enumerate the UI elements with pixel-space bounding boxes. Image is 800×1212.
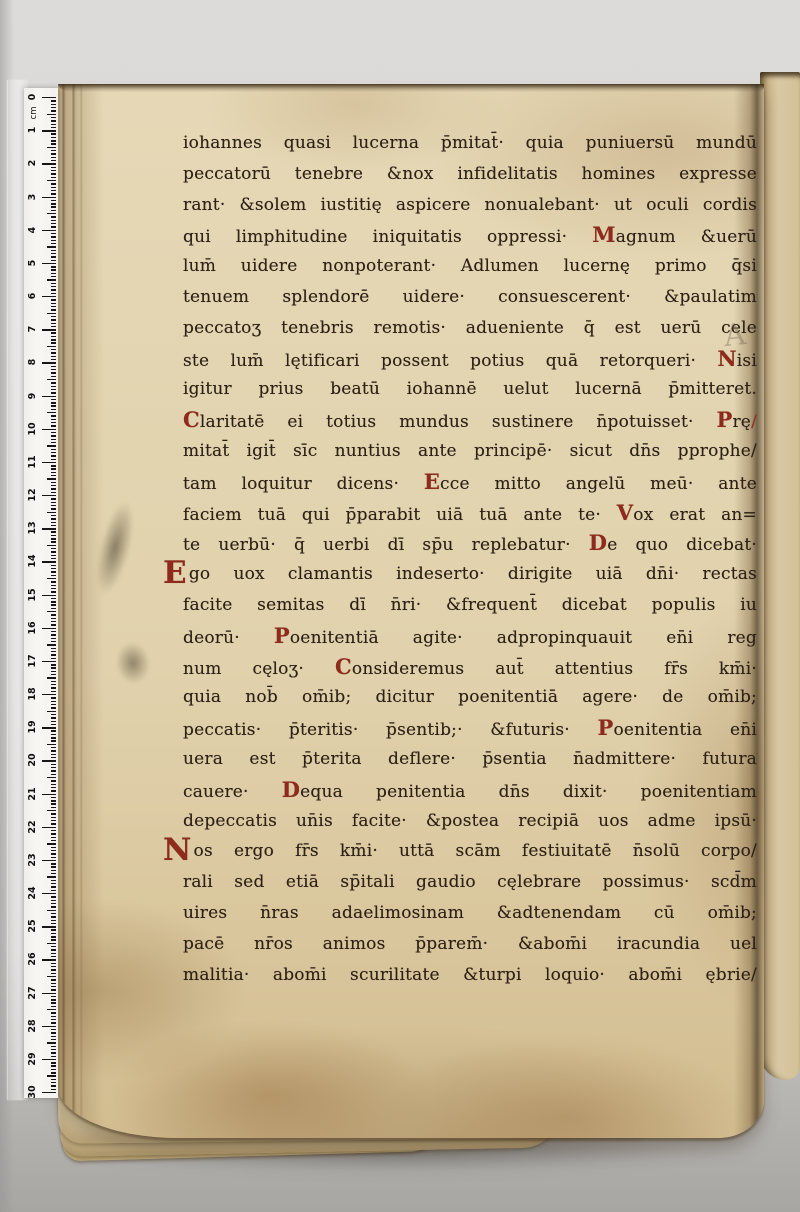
text-segment: P [716, 407, 732, 432]
ruler-number: 29 [28, 1052, 38, 1066]
manuscript-line: igitur prius beatū iohannē uelut lucernā… [183, 374, 757, 405]
ruler-tick [51, 900, 56, 901]
ruler-tick [51, 273, 56, 274]
ruler-number: 23 [28, 853, 38, 867]
manuscript-line: peccatis· p̄teritis· p̄sentib;· &futuris… [183, 713, 757, 744]
ruler-tick [51, 558, 56, 559]
ruler-tick [51, 1029, 56, 1030]
ruler-tick [51, 468, 56, 469]
ruler-tick [51, 502, 56, 503]
ruler-tick [51, 293, 56, 294]
ruler-tick [42, 97, 56, 98]
ruler-tick [42, 1059, 56, 1060]
ruler-tick [51, 459, 56, 460]
ruler-tick [51, 986, 56, 987]
text-segment: tenuem splendorē uidere· consuescerent· … [183, 287, 757, 307]
ruler-tick [47, 1075, 56, 1076]
text-segment: cauere· [183, 782, 282, 802]
ruler-tick [51, 488, 56, 489]
text-block: iohannes quasi lucerna p̄mitat̄· quia pu… [183, 128, 757, 990]
ruler-tick [51, 356, 56, 357]
ruler-tick [51, 638, 56, 639]
ruler-tick [51, 850, 56, 851]
ruler-tick [51, 137, 56, 138]
ruler-tick [51, 269, 56, 270]
ruler-tick [42, 130, 56, 131]
ruler-tick [51, 339, 56, 340]
ruler-tick [51, 701, 56, 702]
ruler-tick [51, 614, 56, 615]
ruler-tick [51, 833, 56, 834]
ruler-tick [51, 983, 56, 984]
manuscript-line: Nos ergo fr̄s km̄i· uttā scām festiuitat… [183, 836, 757, 867]
ruler-tick [51, 784, 56, 785]
text-segment: pacē nr̄os animos p̄parem̄· &abom̄i irac… [183, 934, 757, 954]
text-segment: rali sed etiā sp̄itali gaudio cęlebrare … [183, 872, 757, 892]
ruler-number: 12 [28, 488, 38, 502]
ruler-tick [51, 1082, 56, 1083]
text-segment: quia nob̄ om̄ib; dicitur poenitentiā age… [183, 687, 757, 707]
ruler-tick [51, 906, 56, 907]
ruler-tick [51, 853, 56, 854]
ruler-tick [51, 439, 56, 440]
ruler-tick [51, 419, 56, 420]
ruler-tick [51, 492, 56, 493]
text-segment: ox erat an= [633, 505, 757, 525]
ruler-tick [51, 800, 56, 801]
ruler-tick [51, 422, 56, 423]
text-segment: qui limphitudine iniquitatis oppressi· [183, 227, 592, 247]
ruler-tick [51, 177, 56, 178]
ruler-tick [51, 376, 56, 377]
ruler-tick [51, 813, 56, 814]
manuscript-line: iohannes quasi lucerna p̄mitat̄· quia pu… [183, 128, 757, 159]
text-segment: e quo dicebat· [607, 535, 757, 555]
text-segment: E [424, 469, 440, 494]
ruler-tick [51, 409, 56, 410]
manuscript-line: pacē nr̄os animos p̄parem̄· &abom̄i irac… [183, 929, 757, 960]
ruler-tick [51, 482, 56, 483]
ruler-tick [51, 618, 56, 619]
ruler-tick [51, 170, 56, 171]
ruler-tick [51, 608, 56, 609]
ruler-tick [42, 495, 56, 496]
manuscript-line: te uerbū· q̄ uerbi dī sp̄u replebatur· D… [183, 528, 757, 559]
ruler-tick [51, 684, 56, 685]
ruler-tick [51, 631, 56, 632]
ruler-tick [47, 611, 56, 612]
ruler-tick [47, 943, 56, 944]
ruler-tick [51, 757, 56, 758]
ruler-tick [51, 790, 56, 791]
ruler-tick [51, 1012, 56, 1013]
ruler-tick [42, 561, 56, 562]
ruler-tick [51, 200, 56, 201]
ruler-tick [42, 860, 56, 861]
ruler-tick [51, 160, 56, 161]
ruler-tick [51, 1002, 56, 1003]
ruler-tick [51, 1052, 56, 1053]
manuscript-page: iohannes quasi lucerna p̄mitat̄· quia pu… [58, 84, 764, 1138]
text-segment: num cęloʒ· [183, 659, 335, 679]
ruler-number: 8 [28, 355, 38, 369]
ruler-tick [51, 216, 56, 217]
ruler-tick [51, 386, 56, 387]
ruler-tick [51, 449, 56, 450]
ruler-tick [51, 973, 56, 974]
ruler-tick [51, 664, 56, 665]
ruler-tick [51, 807, 56, 808]
ruler-tick [51, 541, 56, 542]
ruler-tick [51, 920, 56, 921]
ruler-tick [51, 475, 56, 476]
ruler-tick [51, 866, 56, 867]
ruler-tick [51, 1079, 56, 1080]
ruler-tick [51, 366, 56, 367]
ruler-number: 6 [28, 289, 38, 303]
ruler-tick [51, 1062, 56, 1063]
ruler-tick [51, 133, 56, 134]
ruler-number: 5 [28, 256, 38, 270]
ruler-tick [47, 213, 56, 214]
ruler-tick [51, 648, 56, 649]
ruler-tick [51, 737, 56, 738]
ruler-tick [51, 989, 56, 990]
manuscript-line: depeccatis un̄is facite· &postea recipiā… [183, 806, 757, 837]
ruler-tick [51, 183, 56, 184]
ruler-tick [51, 525, 56, 526]
text-segment: peccatis· p̄teritis· p̄sentib;· &futuris… [183, 720, 597, 740]
ruler-tick [51, 276, 56, 277]
ruler-tick [51, 402, 56, 403]
text-segment: iohannes quasi lucerna p̄mitat̄· quia pu… [183, 133, 757, 153]
ruler-tick [47, 843, 56, 844]
facing-page-edge [760, 72, 800, 1080]
ruler-tick [51, 392, 56, 393]
ruler-tick [51, 949, 56, 950]
ruler-tick [51, 442, 56, 443]
ruler-tick [51, 588, 56, 589]
ruler-tick [51, 823, 56, 824]
text-segment: oenitentiā agite· adpropinquauit en̄i re… [290, 628, 757, 648]
text-segment: agnum &uerū [616, 227, 757, 247]
ruler-tick [51, 1036, 56, 1037]
ruler-tick [51, 226, 56, 227]
ruler-tick [51, 730, 56, 731]
ruler-tick [51, 349, 56, 350]
text-segment: faciem tuā qui p̄parabit uiā tuā ante te… [183, 505, 617, 525]
ruler-tick [47, 412, 56, 413]
text-segment: onsideremus aut̄ attentius fr̄s km̄i· [352, 659, 757, 679]
ruler-tick [51, 206, 56, 207]
text-segment: D [589, 530, 607, 555]
ruler-tick [51, 306, 56, 307]
ruler-tick [51, 352, 56, 353]
ruler-tick [42, 163, 56, 164]
ruler-number: 19 [28, 720, 38, 734]
ruler-tick [51, 936, 56, 937]
text-segment: rę [732, 412, 751, 432]
ruler-tick [51, 754, 56, 755]
ruler-number: 13 [28, 521, 38, 535]
ruler-number: 7 [28, 322, 38, 336]
ruler-tick [51, 956, 56, 957]
text-segment: uires n̄ras adaelimosinam &adtenendam cū… [183, 903, 757, 923]
ruler-tick [51, 667, 56, 668]
ruler-tick [42, 661, 56, 662]
manuscript-line: mitat̄ igit̄ sīc nuntius ante principē· … [183, 436, 757, 467]
ruler-tick [51, 840, 56, 841]
ruler-tick [47, 744, 56, 745]
text-segment: / [751, 412, 757, 432]
ruler-tick [51, 601, 56, 602]
ruler-tick [51, 658, 56, 659]
ruler-tick [51, 880, 56, 881]
ruler-tick [47, 346, 56, 347]
ruler-tick [51, 283, 56, 284]
ruler-tick [51, 435, 56, 436]
ruler-tick [51, 342, 56, 343]
ruler-tick [51, 916, 56, 917]
ruler-tick [42, 528, 56, 529]
ruler-tick [47, 777, 56, 778]
ruler-tick [51, 415, 56, 416]
ruler-tick [51, 604, 56, 605]
ruler-tick [51, 714, 56, 715]
ruler-tick [51, 651, 56, 652]
text-segment: tam loquitur dicens· [183, 474, 424, 494]
ruler-tick [51, 634, 56, 635]
ruler-tick [51, 405, 56, 406]
ruler-tick [51, 120, 56, 121]
text-segment: mitat̄ igit̄ sīc nuntius ante principē· … [183, 441, 757, 461]
ruler-tick [42, 595, 56, 596]
ruler-number: 16 [28, 621, 38, 635]
ruler-number: 2 [28, 156, 38, 170]
digitized-folio-photo: iohannes quasi lucerna p̄mitat̄· quia pu… [0, 0, 800, 1212]
ruler-tick [51, 687, 56, 688]
ruler-tick [47, 313, 56, 314]
ruler-tick [51, 939, 56, 940]
ruler-tick [51, 933, 56, 934]
text-segment: igitur prius beatū iohannē uelut lucernā… [183, 379, 757, 399]
ruler-tick [51, 671, 56, 672]
ruler-tick [51, 372, 56, 373]
ruler-tick [51, 598, 56, 599]
ruler-tick [51, 382, 56, 383]
ruler-tick [51, 1069, 56, 1070]
ruler-tick [51, 1085, 56, 1086]
ruler-tick [51, 870, 56, 871]
ruler-tick [51, 780, 56, 781]
ruler-tick [51, 323, 56, 324]
text-segment: peccatorū tenebre &nox infidelitatis hom… [183, 164, 757, 184]
ruler-number: 10 [28, 422, 38, 436]
ruler-tick [47, 379, 56, 380]
ruler-tick [42, 1026, 56, 1027]
ruler-tick [51, 153, 56, 154]
ruler-tick [51, 1072, 56, 1073]
text-segment: deorū· [183, 628, 274, 648]
ruler-tick [51, 624, 56, 625]
ruler-tick [51, 150, 56, 151]
ruler-tick [51, 1019, 56, 1020]
ruler-tick [51, 903, 56, 904]
ruler-tick [51, 369, 56, 370]
ruler-tick [51, 240, 56, 241]
ruler-tick [51, 747, 56, 748]
ruler-tick [51, 999, 56, 1000]
text-segment: P [597, 715, 613, 740]
ruler-tick [51, 173, 56, 174]
ruler-tick [51, 1022, 56, 1023]
ruler-tick [51, 1089, 56, 1090]
ruler-tick [51, 143, 56, 144]
ruler-tick [51, 167, 56, 168]
manuscript-line: Ego uox clamantis indeserto· dirigite ui… [183, 559, 757, 590]
ruler-tick [47, 677, 56, 678]
ruler-tick [51, 681, 56, 682]
ruler-tick [47, 644, 56, 645]
ruler-tick [51, 299, 56, 300]
ruler-tick [51, 641, 56, 642]
ruler-tick [51, 110, 56, 111]
text-segment: malitia· abom̄i scurilitate &turpi loqui… [183, 965, 757, 985]
ruler-tick [51, 187, 56, 188]
ruler-tick [47, 910, 56, 911]
ruler-tick [51, 969, 56, 970]
ruler-tick [51, 236, 56, 237]
ruler-tick [51, 250, 56, 251]
ruler-tick [51, 571, 56, 572]
text-segment: go uox clamantis indeserto· dirigite uiā… [189, 564, 757, 584]
ruler-tick [51, 1032, 56, 1033]
ruler-tick [47, 1009, 56, 1010]
ruler-tick [42, 628, 56, 629]
ruler-tick [51, 472, 56, 473]
ruler-tick [42, 329, 56, 330]
ruler-number: 25 [28, 919, 38, 933]
ruler-tick [51, 621, 56, 622]
ruler-tick [47, 478, 56, 479]
manuscript-line: peccatoʒ tenebris remotis· adueniente q̄… [183, 313, 757, 344]
ruler-tick [51, 399, 56, 400]
ruler-tick [47, 246, 56, 247]
ruler-tick [51, 883, 56, 884]
ruler-tick [51, 724, 56, 725]
ruler-tick [51, 896, 56, 897]
ruler-tick [51, 568, 56, 569]
manuscript-line: facite semitas dī n̄ri· &frequent̄ diceb… [183, 590, 757, 621]
manuscript-line: cauere· Dequa penitentia dn̄s dixit· poe… [183, 775, 757, 806]
text-segment: laritatē ei totius mundus sustinere n̄po… [200, 412, 717, 432]
ruler-tick [51, 548, 56, 549]
ruler-tick [51, 332, 56, 333]
ruler-tick [51, 704, 56, 705]
ruler-number: 3 [28, 190, 38, 204]
manuscript-line: num cęloʒ· Consideremus aut̄ attentius f… [183, 652, 757, 683]
ruler-tick [51, 803, 56, 804]
ruler-tick [51, 1039, 56, 1040]
manuscript-line: rali sed etiā sp̄itali gaudio cęlebrare … [183, 867, 757, 898]
ruler-tick [51, 309, 56, 310]
manuscript-line: ste lum̄ lętificari possent potius quā r… [183, 344, 757, 375]
ruler-number: 20 [28, 753, 38, 767]
text-segment: M [592, 222, 615, 247]
ruler-tick [42, 694, 56, 695]
ruler-tick [47, 545, 56, 546]
ruler-tick [47, 147, 56, 148]
manuscript-line: lum̄ uidere nonpoterant· Adlumen lucernę… [183, 251, 757, 282]
ruler-tick [51, 764, 56, 765]
ruler-tick [51, 555, 56, 556]
ruler: cm 0123456789101112131415161718192021222… [24, 88, 58, 1098]
text-segment: os ergo fr̄s km̄i· uttā scām festiuitatē… [194, 841, 757, 861]
ruler-tick [47, 279, 56, 280]
ruler-tick [42, 760, 56, 761]
ruler-number: 14 [28, 554, 38, 568]
ruler-tick [47, 876, 56, 877]
ruler-tick [51, 890, 56, 891]
ruler-tick [51, 522, 56, 523]
ruler-number: 21 [28, 787, 38, 801]
ruler-tick [51, 100, 56, 101]
ruler-unit-label: cm [29, 106, 39, 120]
ruler-tick [51, 674, 56, 675]
ruler-tick [51, 929, 56, 930]
ruler-tick [42, 993, 56, 994]
ruler-tick [51, 575, 56, 576]
ruler-tick [47, 180, 56, 181]
ruler-tick [42, 926, 56, 927]
ruler-tick [51, 266, 56, 267]
text-segment: equa penitentia dn̄s dixit· poenitentiam [300, 782, 757, 802]
ruler-tick [51, 750, 56, 751]
manuscript-line: rant· &solem iustitię aspicere nonualeba… [183, 190, 757, 221]
ruler-tick [51, 1049, 56, 1050]
manuscript-line: faciem tuā qui p̄parabit uiā tuā ante te… [183, 498, 757, 529]
ruler-tick [51, 256, 56, 257]
ruler-tick [51, 505, 56, 506]
text-segment: te uerbū· q̄ uerbi dī sp̄u replebatur· [183, 535, 589, 555]
ruler-tick [47, 976, 56, 977]
ruler-tick [51, 721, 56, 722]
ruler-tick [47, 445, 56, 446]
ruler-tick [51, 531, 56, 532]
manuscript-line: deorū· Poenitentiā agite· adpropinquauit… [183, 621, 757, 652]
ruler-tick [42, 197, 56, 198]
ruler-tick [51, 717, 56, 718]
manuscript-line: uires n̄ras adaelimosinam &adtenendam cū… [183, 898, 757, 929]
ruler-number: 28 [28, 1019, 38, 1033]
ruler-tick [51, 654, 56, 655]
text-segment: facite semitas dī n̄ri· &frequent̄ diceb… [183, 595, 757, 615]
text-segment: D [282, 777, 300, 802]
ruler-tick [51, 1006, 56, 1007]
ruler-number: 1 [28, 123, 38, 137]
ruler-tick [42, 959, 56, 960]
ruler-tick [47, 1042, 56, 1043]
text-segment: ste lum̄ lętificari possent potius quā r… [183, 351, 717, 371]
ruler-tick [42, 794, 56, 795]
ruler-tick [51, 289, 56, 290]
ruler-tick [47, 578, 56, 579]
ruler-tick [51, 336, 56, 337]
ruler-tick [51, 260, 56, 261]
ruler-tick [51, 223, 56, 224]
ruler-tick [51, 953, 56, 954]
ruler-tick [51, 117, 56, 118]
